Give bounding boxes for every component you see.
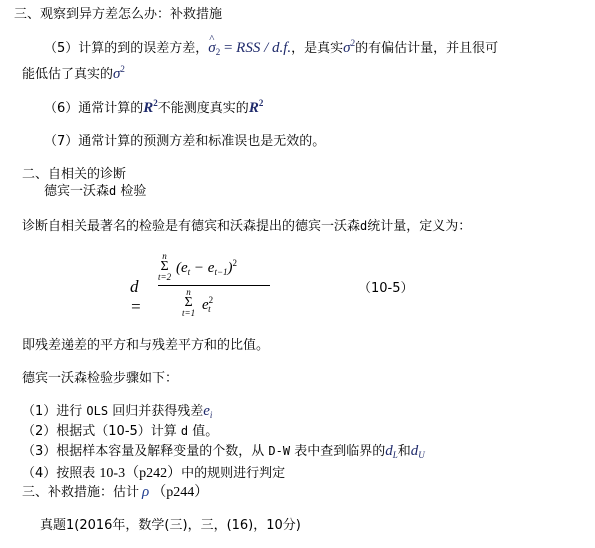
r-squared-symbol: R2 [143, 100, 158, 116]
item-5-middle: ，是真实 [291, 41, 343, 56]
table-reference: 10-3（p242） [99, 466, 181, 481]
section-heading-remedies: 三、观察到异方差怎么办：补救措施 [14, 7, 222, 23]
formula-denominator: n Σ t=1 e2t [158, 288, 270, 328]
sigma-squared-symbol: σ2 [113, 66, 125, 82]
item-6-middle: 不能测度真实的 [158, 101, 249, 116]
item-5-line-2-text: 能低估了真实的 [22, 67, 113, 82]
equals-sign: = [220, 40, 236, 56]
section-heading-autocorrelation-diagnosis: 二、自相关的诊断 [22, 167, 126, 183]
section-heading-remedy-estimate-rho: 三、补救措施：估计ρ（p244） [22, 484, 208, 501]
r-squared-symbol: R2 [249, 100, 264, 116]
residual-e-i-symbol: ei [203, 403, 212, 419]
item-5-line-1: （5）计算的到的误差方差，σ2 = RSS / d.f.，是真实σ2的有偏估计量… [44, 40, 498, 57]
exam-question-reference: 真题1(2016年，数学(三)，三，(16)，10分) [40, 518, 301, 534]
item-7: （7）通常计算的预测方差和标准误也是无效的。 [44, 134, 325, 150]
sigma-hat-2-symbol: σ2 [208, 40, 220, 56]
equation-number: （10-5） [358, 277, 414, 296]
step-2: （2）根据式（10-5）计算 d 值。 [22, 423, 218, 440]
rho-symbol: ρ [142, 484, 149, 500]
item-6-prefix: （6）通常计算的 [44, 101, 143, 116]
item-6: （6）通常计算的R2不能测度真实的R2 [44, 100, 263, 117]
d-upper-bound-symbol: dU [411, 443, 425, 459]
denominator-expression: e2t [202, 297, 211, 313]
dw-intro-text: 诊断自相关最著名的检验是有德宾和沃森提出的德宾一沃森d统计量，定义为： [22, 218, 471, 235]
item-5-suffix: 的有偏估计量，并且很可 [355, 41, 498, 56]
dw-test-subtitle: 德宾一沃森d 检验 [44, 183, 146, 200]
step-4: （4）按照表 10-3（p242）中的规则进行判定 [22, 466, 285, 482]
item-5-line-2: 能低估了真实的σ2 [22, 66, 125, 83]
fraction-bar [158, 285, 270, 286]
steps-heading: 德宾一沃森检验步骤如下： [22, 371, 178, 387]
numerator-summation: n Σ t=2 [158, 252, 171, 282]
step-1: （1）进行 OLS 回归并获得残差ei [22, 403, 212, 420]
ratio-description: 即残差递差的平方和与残差平方和的比值。 [22, 338, 269, 354]
d-lower-bound-symbol: dL [385, 443, 398, 459]
formula-numerator: n Σ t=2 (et − et−1)2 [158, 252, 270, 284]
sigma-squared-symbol: σ2 [343, 40, 355, 56]
rss-over-df: RSS / d.f. [236, 40, 291, 56]
numerator-expression: (et − et−1)2 [176, 260, 237, 276]
step-3: （3）根据样本容量及解释变量的个数，从 D-W 表中查到临界的dL和dU [22, 443, 425, 460]
item-5-prefix: （5）计算的到的误差方差， [44, 41, 208, 56]
formula-lhs: d = [130, 277, 141, 317]
denominator-summation: n Σ t=1 [182, 288, 195, 318]
